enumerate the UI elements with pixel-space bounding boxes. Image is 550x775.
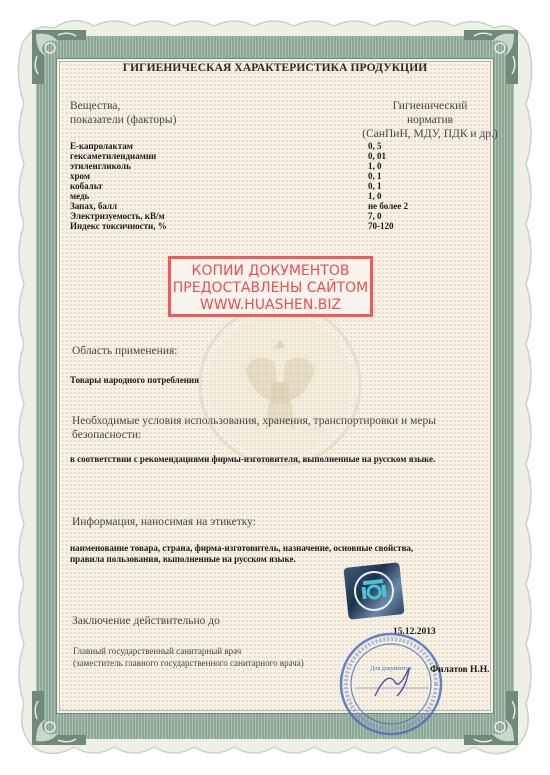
state-emblem-icon xyxy=(195,300,365,470)
official-seal-icon: Для документов xyxy=(337,630,445,738)
scope-label: Область применения: xyxy=(72,344,177,358)
substances-table: Е-капролактам0, 5 гексаметилендиамин0, 0… xyxy=(70,141,490,231)
copy-watermark-box: КОПИИ ДОКУМЕНТОВ ПРЕДОСТАВЛЕНЫ САЙТОМ WW… xyxy=(168,256,373,317)
label-info-value: наименование товара, страна, фирма-изгот… xyxy=(70,543,413,565)
norm-column-header: Гигиенический норматив (СанПиН, МДУ, ПДК… xyxy=(360,99,500,141)
conditions-label: Необходимые условия использования, хране… xyxy=(72,414,436,442)
table-row: Е-капролактам0, 5 xyxy=(70,141,490,151)
table-row: этиленгликоль1, 0 xyxy=(70,161,490,171)
scope-value: Товары народного потребления xyxy=(70,375,199,386)
doctor-title: Главный государственный санитарный врач … xyxy=(73,645,304,669)
signer-name: Филатов Н.Н. xyxy=(430,665,490,675)
table-row: кобальт0, 1 xyxy=(70,181,490,191)
table-row: хром0, 1 xyxy=(70,171,490,181)
table-row: медь1, 0 xyxy=(70,191,490,201)
watermark-website-link[interactable]: WWW.HUASHEN.BIZ xyxy=(171,297,370,314)
table-row: гексаметилендиамин0, 01 xyxy=(70,151,490,161)
substances-column-header: Вещества, показатели (факторы) xyxy=(70,99,176,127)
label-info-label: Информация, наносимая на этикетку: xyxy=(72,515,256,529)
table-row: Индекс токсичности, %70-120 xyxy=(70,221,490,231)
conditions-value: в соответствии с рекомендациями фирмы-из… xyxy=(70,454,435,465)
table-row: Запах, баллне более 2 xyxy=(70,201,490,211)
certificate-page: ГИГИЕНИЧЕСКАЯ ХАРАКТЕРИСТИКА ПРОДУКЦИИ В… xyxy=(0,0,550,775)
document-title: ГИГИЕНИЧЕСКАЯ ХАРАКТЕРИСТИКА ПРОДУКЦИИ xyxy=(0,62,550,74)
table-row: Электризуемость, кВ/м7, 0 xyxy=(70,211,490,221)
valid-until-label: Заключение действительно до xyxy=(72,614,220,628)
hologram-icon xyxy=(343,562,404,620)
svg-text:Для документов: Для документов xyxy=(370,666,411,672)
